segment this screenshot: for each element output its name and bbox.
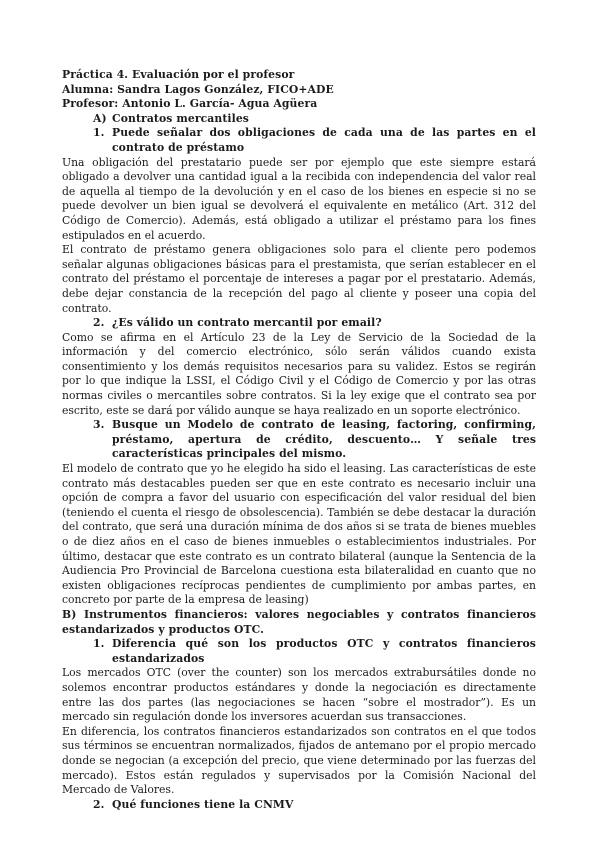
- question-a1-heading: 1. Puede señalar dos obligaciones de cad…: [62, 126, 536, 155]
- answer-a3-paragraph: El modelo de contrato que yo he elegido …: [62, 462, 536, 608]
- question-a3-title: Busque un Modelo de contrato de leasing,…: [112, 418, 536, 460]
- question-a2-number: 2.: [93, 316, 104, 331]
- doc-title: Práctica 4. Evaluación por el profesor: [62, 68, 536, 83]
- answer-a2-paragraph: Como se afirma en el Artículo 23 de la L…: [62, 331, 536, 419]
- answer-b1-paragraph-1: Los mercados OTC (over the counter) son …: [62, 666, 536, 724]
- question-a1-number: 1.: [93, 126, 104, 141]
- question-b1-heading: 1. Diferencia qué son los productos OTC …: [62, 637, 536, 666]
- section-a-heading: A) Contratos mercantiles: [62, 112, 536, 127]
- doc-student-line: Alumna: Sandra Lagos González, FICO+ADE: [62, 83, 536, 98]
- answer-a1-paragraph-1: Una obligación del prestatario puede ser…: [62, 156, 536, 244]
- question-b2-title: Qué funciones tiene la CNMV: [112, 798, 293, 811]
- question-b2-number: 2.: [93, 798, 104, 813]
- section-a-label: A): [93, 112, 107, 127]
- section-b-heading: B) Instrumentos financieros: valores neg…: [62, 608, 536, 637]
- question-b2-heading: 2. Qué funciones tiene la CNMV: [62, 798, 536, 813]
- answer-a1-paragraph-2: El contrato de préstamo genera obligacio…: [62, 243, 536, 316]
- question-a2-heading: 2. ¿Es válido un contrato mercantil por …: [62, 316, 536, 331]
- doc-professor-line: Profesor: Antonio L. García- Agua Agüera: [62, 97, 536, 112]
- document-page: Práctica 4. Evaluación por el profesor A…: [0, 0, 600, 848]
- question-a3-number: 3.: [93, 418, 104, 433]
- answer-b1-paragraph-2: En diferencia, los contratos financieros…: [62, 725, 536, 798]
- question-b1-number: 1.: [93, 637, 104, 652]
- question-a1-title: Puede señalar dos obligaciones de cada u…: [112, 126, 536, 154]
- question-a3-heading: 3. Busque un Modelo de contrato de leasi…: [62, 418, 536, 462]
- section-a-title: Contratos mercantiles: [112, 112, 249, 125]
- question-b1-title: Diferencia qué son los productos OTC y c…: [112, 637, 536, 665]
- question-a2-title: ¿Es válido un contrato mercantil por ema…: [112, 316, 382, 329]
